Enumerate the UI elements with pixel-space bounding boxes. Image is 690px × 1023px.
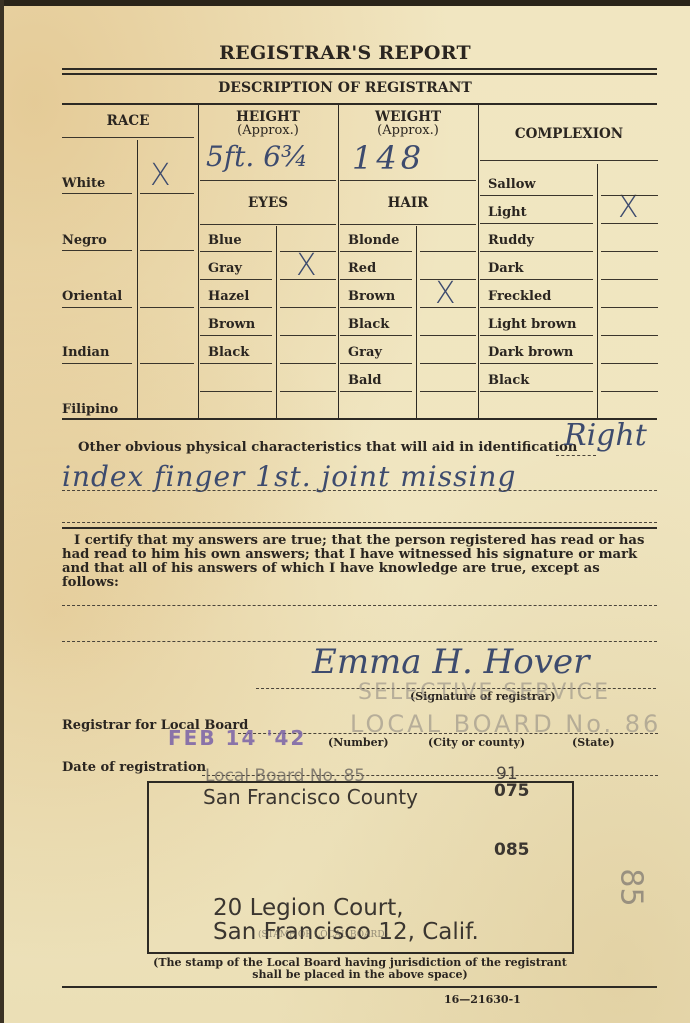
hair-option-bald: Bald (348, 373, 381, 388)
hair-row-rule (340, 307, 412, 308)
complexion-header-rule (480, 160, 658, 161)
hair-row-rule (340, 391, 412, 392)
complexion-row-rule (480, 363, 593, 364)
eyes-gray-checkbox[interactable]: X (296, 248, 317, 283)
eyes-mark-rule (280, 307, 336, 308)
complexion-row-rule (480, 307, 593, 308)
hair-header-rule (340, 224, 476, 225)
race-row-rule (62, 250, 132, 251)
hair-mark-rule (420, 307, 476, 308)
race-option-white: White (62, 176, 105, 191)
hair-option-brown: Brown (348, 289, 395, 304)
complexion-row-rule (480, 279, 593, 280)
eyes-mark-rule (280, 335, 336, 336)
hair-mark-rule (420, 363, 476, 364)
form-number: 16—21630-1 (444, 993, 521, 1006)
registration-date-label: Date of registration (62, 760, 206, 775)
eyes-mark-rule (280, 363, 336, 364)
eyes-option-blue: Blue (208, 233, 242, 248)
complexion-row-rule (480, 251, 593, 252)
race-option-negro: Negro (62, 233, 107, 248)
col-line-hair-mark (416, 226, 417, 418)
complexion-mark-rule (601, 391, 658, 392)
hair-mark-rule (420, 251, 476, 252)
hair-option-blonde: Blonde (348, 233, 399, 248)
header-weight-sub: (Approx.) (340, 124, 476, 138)
selective-service-stamp-line1: SELECTIVE SERVICE (358, 680, 610, 705)
eyes-option-hazel: Hazel (208, 289, 249, 304)
height-value: 5ft. 6¾ (206, 142, 308, 172)
hair-row-rule (340, 363, 412, 364)
race-white-checkbox[interactable]: X (150, 158, 171, 193)
header-eyes: EYES (200, 196, 336, 210)
card-top-edge (0, 0, 690, 6)
registrar-signature: Emma H. Hover (312, 642, 589, 682)
race-row-rule (62, 193, 132, 194)
race-row-rule (62, 307, 132, 308)
complexion-row-rule (480, 223, 593, 224)
table-top-rule (62, 103, 657, 105)
hair-row-rule (340, 251, 412, 252)
complexion-row-rule (480, 391, 593, 392)
col-line-weight-complexion (478, 105, 479, 418)
stamp-code-1: 075 (494, 781, 530, 801)
complexion-row-rule (480, 335, 593, 336)
col-line-complexion-mark (597, 164, 598, 418)
complexion-option-freckled: Freckled (488, 289, 551, 304)
title-rule-top (62, 68, 657, 70)
bottom-rule (62, 986, 657, 988)
registrar-caption-number: (Number) (328, 736, 389, 749)
eyes-row-rule (200, 363, 272, 364)
eyes-option-brown: Brown (208, 317, 255, 332)
side-number: 85 (614, 868, 649, 906)
header-weight: WEIGHT (Approx.) (340, 110, 476, 138)
identification-dash-3 (62, 522, 657, 523)
race-filipino-checkbox[interactable] (140, 398, 194, 416)
race-mark-rule (140, 363, 194, 364)
eyes-option-gray: Gray (208, 261, 242, 276)
eyes-row-rule (200, 279, 272, 280)
complexion-mark-rule (601, 335, 658, 336)
exceptions-line-1[interactable] (62, 605, 657, 606)
header-height-sub: (Approx.) (200, 124, 336, 138)
race-mark-rule (140, 307, 194, 308)
identification-value-line1: Right (564, 420, 647, 452)
complexion-option-dark: Dark (488, 261, 524, 276)
hair-mark-rule (420, 279, 476, 280)
complexion-mark-rule (601, 279, 658, 280)
identification-dash-2 (62, 490, 657, 491)
race-option-indian: Indian (62, 345, 109, 360)
eyes-row-rule (200, 391, 272, 392)
col-line-race-height (198, 105, 199, 418)
complexion-mark-rule (601, 195, 658, 196)
card-left-edge (0, 0, 4, 1023)
height-value-rule (200, 180, 336, 181)
section-subtitle: DESCRIPTION OF REGISTRANT (0, 80, 690, 96)
complexion-option-dark-brown: Dark brown (488, 345, 573, 360)
date-received-stamp: FEB 14 '42 (168, 726, 306, 750)
stamp-address-line1: 20 Legion Court, (213, 896, 404, 920)
document-title: REGISTRAR'S REPORT (0, 42, 690, 64)
eyes-option-black: Black (208, 345, 249, 360)
stamp-box-caption: (The stamp of the Local Board having jur… (140, 957, 580, 981)
eyes-mark-rule (280, 251, 336, 252)
race-negro-checkbox[interactable] (140, 228, 194, 248)
complexion-mark-rule (601, 251, 658, 252)
header-weight-label: WEIGHT (340, 110, 476, 124)
complexion-mark-rule (601, 363, 658, 364)
eyes-mark-rule (280, 391, 336, 392)
eyes-header-rule (200, 224, 336, 225)
certification-text: I certify that my answers are true; that… (62, 534, 660, 590)
race-oriental-checkbox[interactable] (140, 285, 194, 305)
stamp-box-overlay-caption: (STAMP OF LOCAL BOARD) (258, 930, 388, 940)
eyes-mark-rule (280, 279, 336, 280)
eyes-row-rule (200, 251, 272, 252)
hair-row-rule (340, 335, 412, 336)
weight-value: 148 (352, 142, 425, 174)
race-indian-checkbox[interactable] (140, 341, 194, 361)
stamp-county: San Francisco County (203, 785, 418, 809)
registrar-caption-city: (City or county) (428, 736, 525, 749)
col-line-eyes-mark (276, 226, 277, 418)
weight-value-rule (340, 180, 476, 181)
eyes-row-rule (200, 307, 272, 308)
header-race: RACE (62, 114, 194, 128)
header-hair: HAIR (340, 196, 476, 210)
complexion-option-sallow: Sallow (488, 177, 536, 192)
hair-mark-rule (420, 391, 476, 392)
race-option-oriental: Oriental (62, 289, 122, 304)
col-line-height-weight (338, 105, 339, 418)
hair-option-black: Black (348, 317, 389, 332)
complexion-mark-rule (601, 307, 658, 308)
header-complexion: COMPLEXION (480, 127, 658, 141)
identification-value-line2[interactable]: index finger 1st. joint missing (62, 462, 662, 492)
hair-option-gray: Gray (348, 345, 382, 360)
complexion-row-rule (480, 195, 593, 196)
stamp-code-2: 085 (494, 840, 530, 860)
header-height: HEIGHT (Approx.) (200, 110, 336, 138)
title-rule-bottom (62, 73, 657, 75)
race-header-rule (62, 137, 194, 138)
hair-row-rule (340, 279, 412, 280)
hair-brown-checkbox[interactable]: X (435, 276, 456, 311)
col-line-race-mark (137, 140, 138, 418)
complexion-mark-rule (601, 223, 658, 224)
registrar-caption-state: (State) (572, 736, 615, 749)
certification-top-rule (62, 527, 657, 529)
hair-option-red: Red (348, 261, 376, 276)
complexion-option-light-brown: Light brown (488, 317, 576, 332)
race-mark-rule (140, 193, 194, 194)
race-option-filipino: Filipino (62, 402, 118, 417)
race-row-rule (62, 363, 132, 364)
complexion-option-black: Black (488, 373, 529, 388)
eyes-row-rule (200, 335, 272, 336)
complexion-option-light: Light (488, 205, 527, 220)
race-mark-rule (140, 250, 194, 251)
identification-dash-1 (556, 455, 596, 456)
header-height-label: HEIGHT (200, 110, 336, 124)
complexion-option-ruddy: Ruddy (488, 233, 534, 248)
hair-mark-rule (420, 335, 476, 336)
identification-label: Other obvious physical characteristics t… (78, 440, 577, 455)
